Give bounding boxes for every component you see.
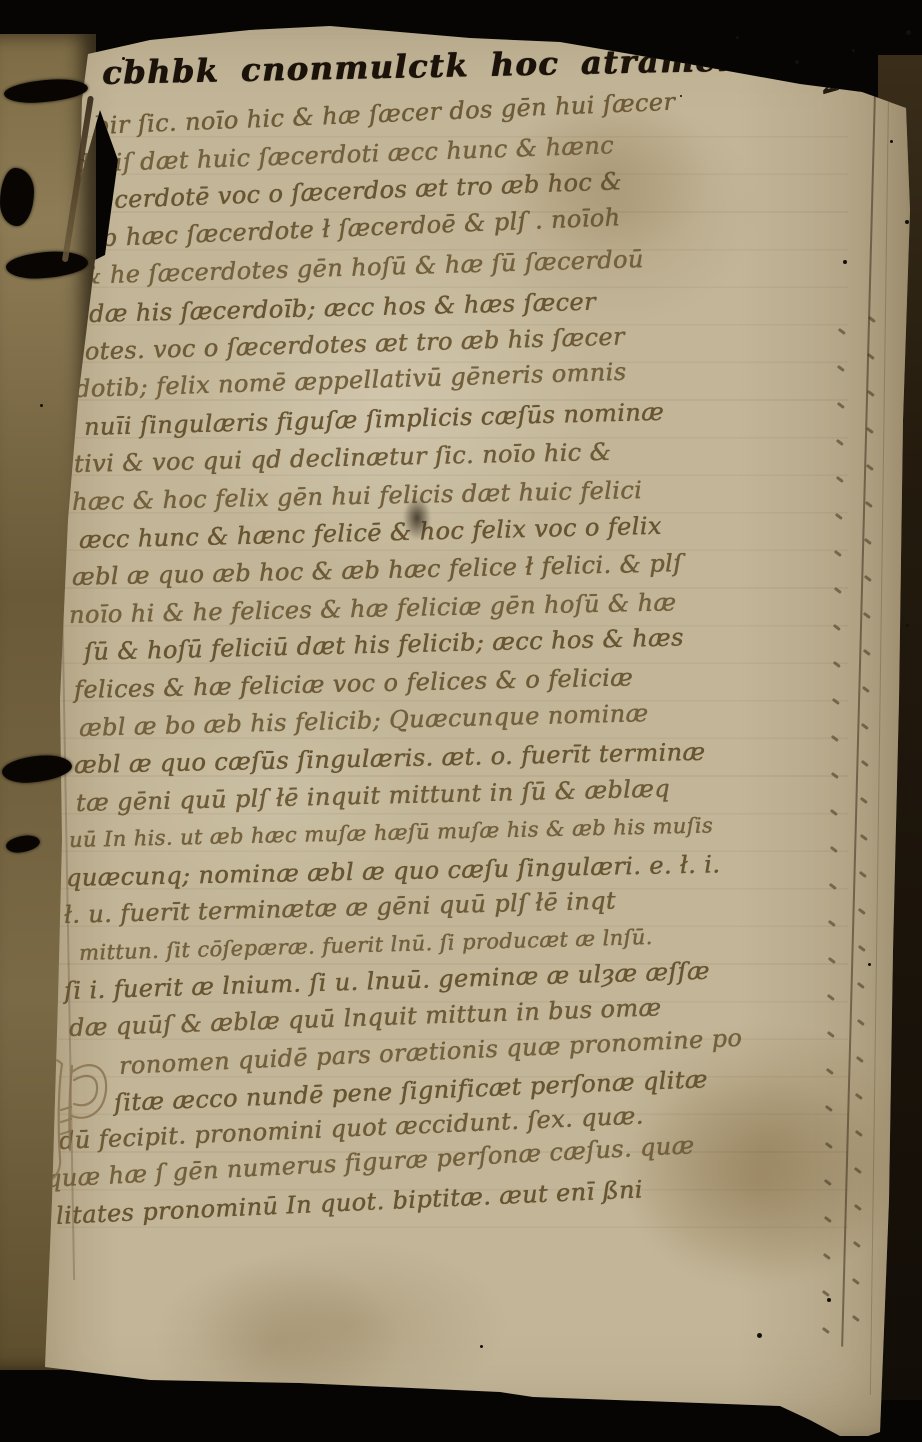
pricking-mark — [861, 760, 869, 767]
pricking-mark — [860, 797, 868, 804]
pricking-mark — [864, 538, 872, 545]
pricking-mark — [860, 834, 868, 841]
parchment-stain — [190, 1240, 510, 1410]
dirt-speck — [736, 36, 739, 39]
pricking-mark — [863, 612, 871, 619]
pricking-mark — [857, 982, 865, 989]
dirt-speck — [843, 260, 847, 264]
pricking-mark — [866, 427, 874, 434]
dirt-speck — [480, 1345, 483, 1348]
pricking-mark — [866, 464, 874, 471]
pricking-mark — [852, 1315, 860, 1322]
dirt-speck — [890, 140, 893, 143]
ink-smudge — [403, 496, 431, 540]
dirt-speck — [905, 220, 909, 224]
dirt-speck — [906, 30, 911, 35]
dirt-speck — [40, 404, 43, 407]
pricking-mark — [822, 1327, 830, 1334]
pricking-mark — [857, 1019, 865, 1026]
dirt-speck — [868, 963, 871, 966]
pricking-mark — [858, 945, 866, 952]
dirt-speck — [906, 624, 909, 627]
pricking-mark — [852, 1278, 860, 1285]
pricking-mark — [859, 871, 867, 878]
text-block: bir ſic. noīo hic & hæ ſæcer dos gēn hui… — [64, 108, 844, 1236]
dirt-speck — [795, 60, 799, 64]
pricking-mark — [862, 686, 870, 693]
dirt-speck — [757, 1333, 762, 1338]
dirt-speck — [852, 49, 855, 52]
dirt-speck — [827, 1298, 831, 1302]
pricking-mark — [822, 1290, 830, 1297]
pricking-mark — [864, 575, 872, 582]
pricking-mark — [863, 649, 871, 656]
manuscript-page: cbhbk cnonmulctk hoc atrāmentcū Legē 25 … — [0, 0, 922, 1442]
pricking-mark — [858, 908, 866, 915]
pricking-mark — [865, 501, 873, 508]
dirt-speck — [680, 95, 682, 97]
manuscript-photo: cbhbk cnonmulctk hoc atrāmentcū Legē 25 … — [0, 0, 922, 1442]
dirt-speck — [122, 57, 125, 60]
pricking-mark — [861, 723, 869, 730]
